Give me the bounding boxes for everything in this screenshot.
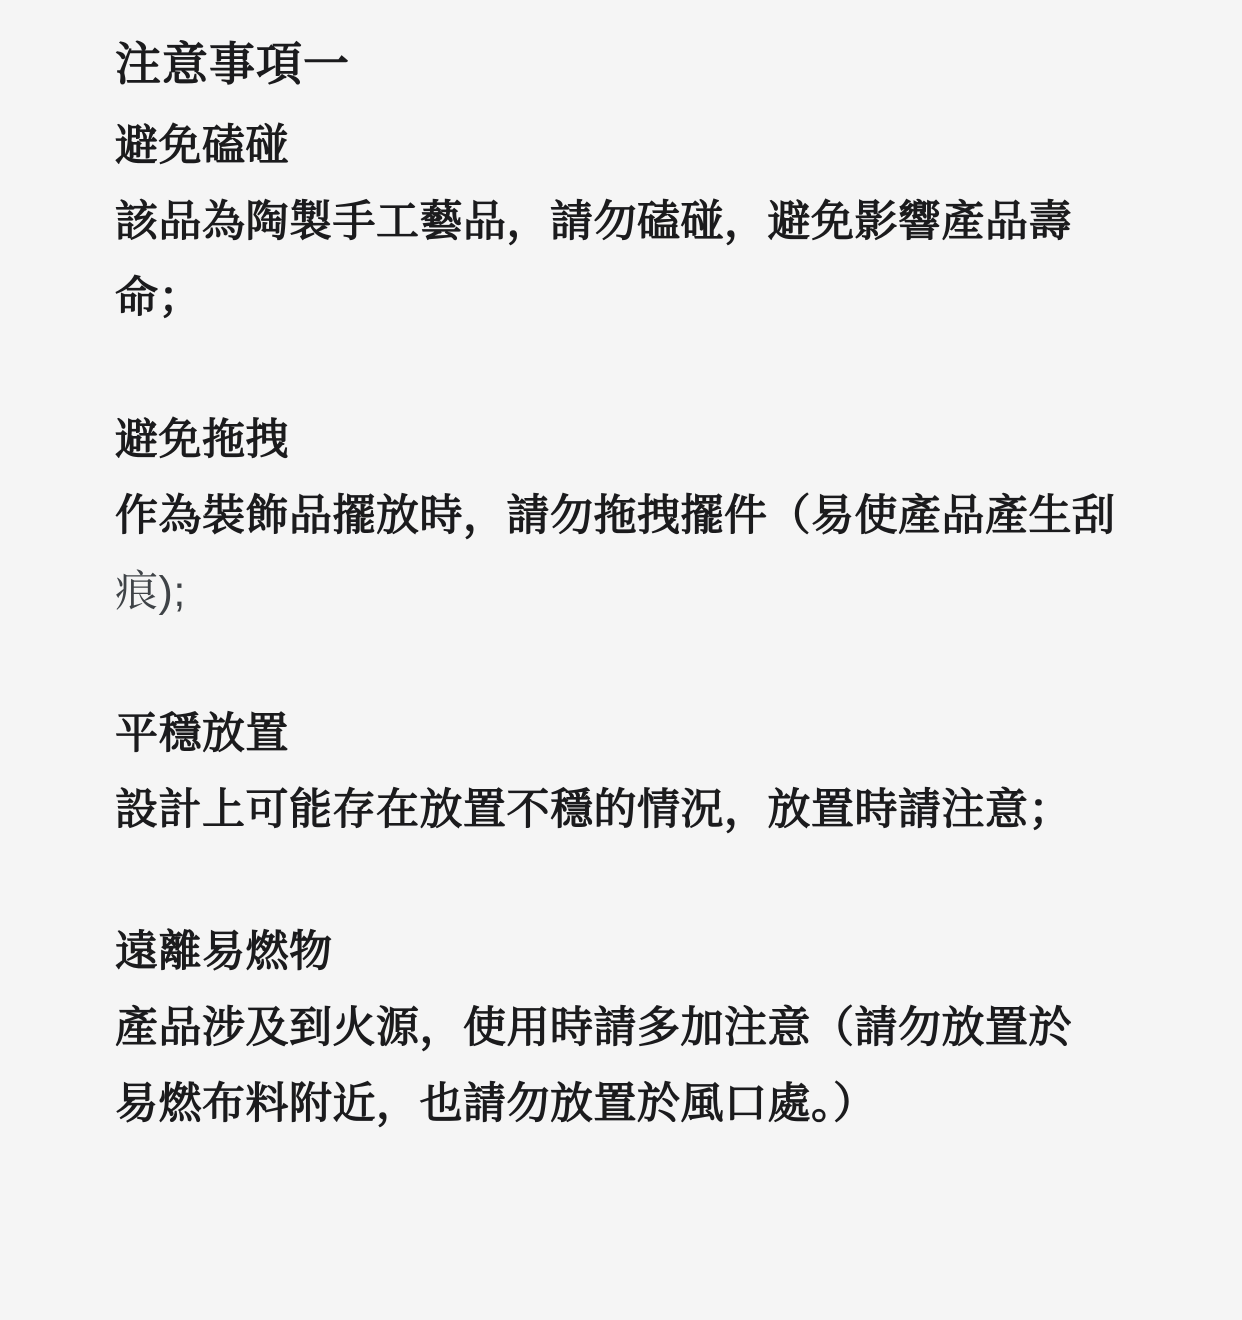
body-line: 易燃布料附近，也請勿放置於風口處。） bbox=[115, 1066, 1182, 1142]
care-instructions-document: 注意事項一 避免磕碰 該品為陶製手工藝品，請勿磕碰，避免影響產品壽 命； 避免拖… bbox=[0, 0, 1242, 1142]
body-line-muted: 痕); bbox=[115, 554, 1182, 630]
body-line: 產品涉及到火源，使用時請多加注意（請勿放置於 bbox=[115, 990, 1182, 1066]
section-keep-away-flammables: 遠離易燃物 產品涉及到火源，使用時請多加注意（請勿放置於 易燃布料附近，也請勿放… bbox=[115, 914, 1182, 1142]
section-stable-placement: 平穩放置 設計上可能存在放置不穩的情況，放置時請注意； bbox=[115, 696, 1182, 848]
body-line: 設計上可能存在放置不穩的情況，放置時請注意； bbox=[115, 772, 1182, 848]
body-line: 命； bbox=[115, 260, 1182, 336]
section-avoid-knocks: 避免磕碰 該品為陶製手工藝品，請勿磕碰，避免影響產品壽 命； bbox=[115, 108, 1182, 336]
section-heading: 避免磕碰 bbox=[115, 108, 1182, 184]
body-line: 作為裝飾品擺放時，請勿拖拽擺件（易使產品產生刮 bbox=[115, 478, 1182, 554]
page-title: 注意事項一 bbox=[115, 26, 1182, 102]
body-line: 該品為陶製手工藝品，請勿磕碰，避免影響產品壽 bbox=[115, 184, 1182, 260]
section-heading: 平穩放置 bbox=[115, 696, 1182, 772]
section-heading: 避免拖拽 bbox=[115, 402, 1182, 478]
section-avoid-dragging: 避免拖拽 作為裝飾品擺放時，請勿拖拽擺件（易使產品產生刮 痕); bbox=[115, 402, 1182, 630]
section-heading: 遠離易燃物 bbox=[115, 914, 1182, 990]
